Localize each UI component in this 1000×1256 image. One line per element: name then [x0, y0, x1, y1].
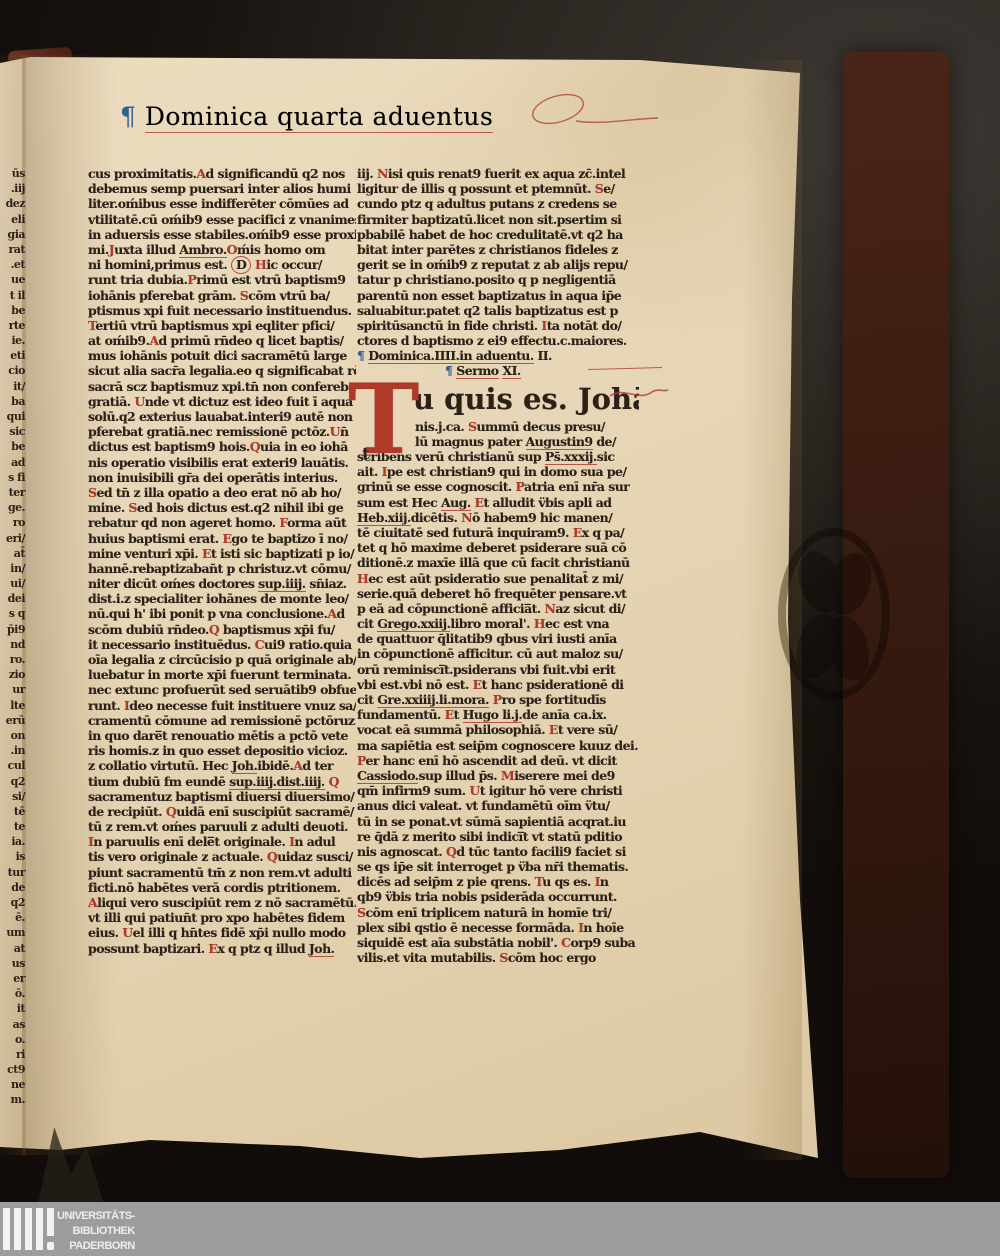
- red-flourish-icon: [608, 382, 670, 406]
- ub-paderborn-logo-icon: [3, 1208, 57, 1252]
- facing-page-line-endings: ūs.iijdezeligiarat.etuet ilberteie.etici…: [0, 166, 28, 1126]
- library-watermark-band: [0, 1202, 1000, 1256]
- fore-edge-cross-stamp-icon: [772, 524, 897, 704]
- text-column-right: iij. Nisi quis renat9 fuerit ex aqua zc̄…: [357, 166, 639, 976]
- rubricated-initial: T: [348, 372, 419, 468]
- red-annotation-icon: [520, 85, 670, 140]
- guide-letter: t: [362, 444, 369, 463]
- library-name: UNIVERSITÄTS-BIBLIOTHEKPADERBORN: [57, 1209, 138, 1255]
- book-photo: ūs.iijdezeligiarat.etuet ilberteie.etici…: [0, 0, 1000, 1256]
- text-column-left: cus proximitatis.Ad significandū q2 nosd…: [88, 166, 356, 966]
